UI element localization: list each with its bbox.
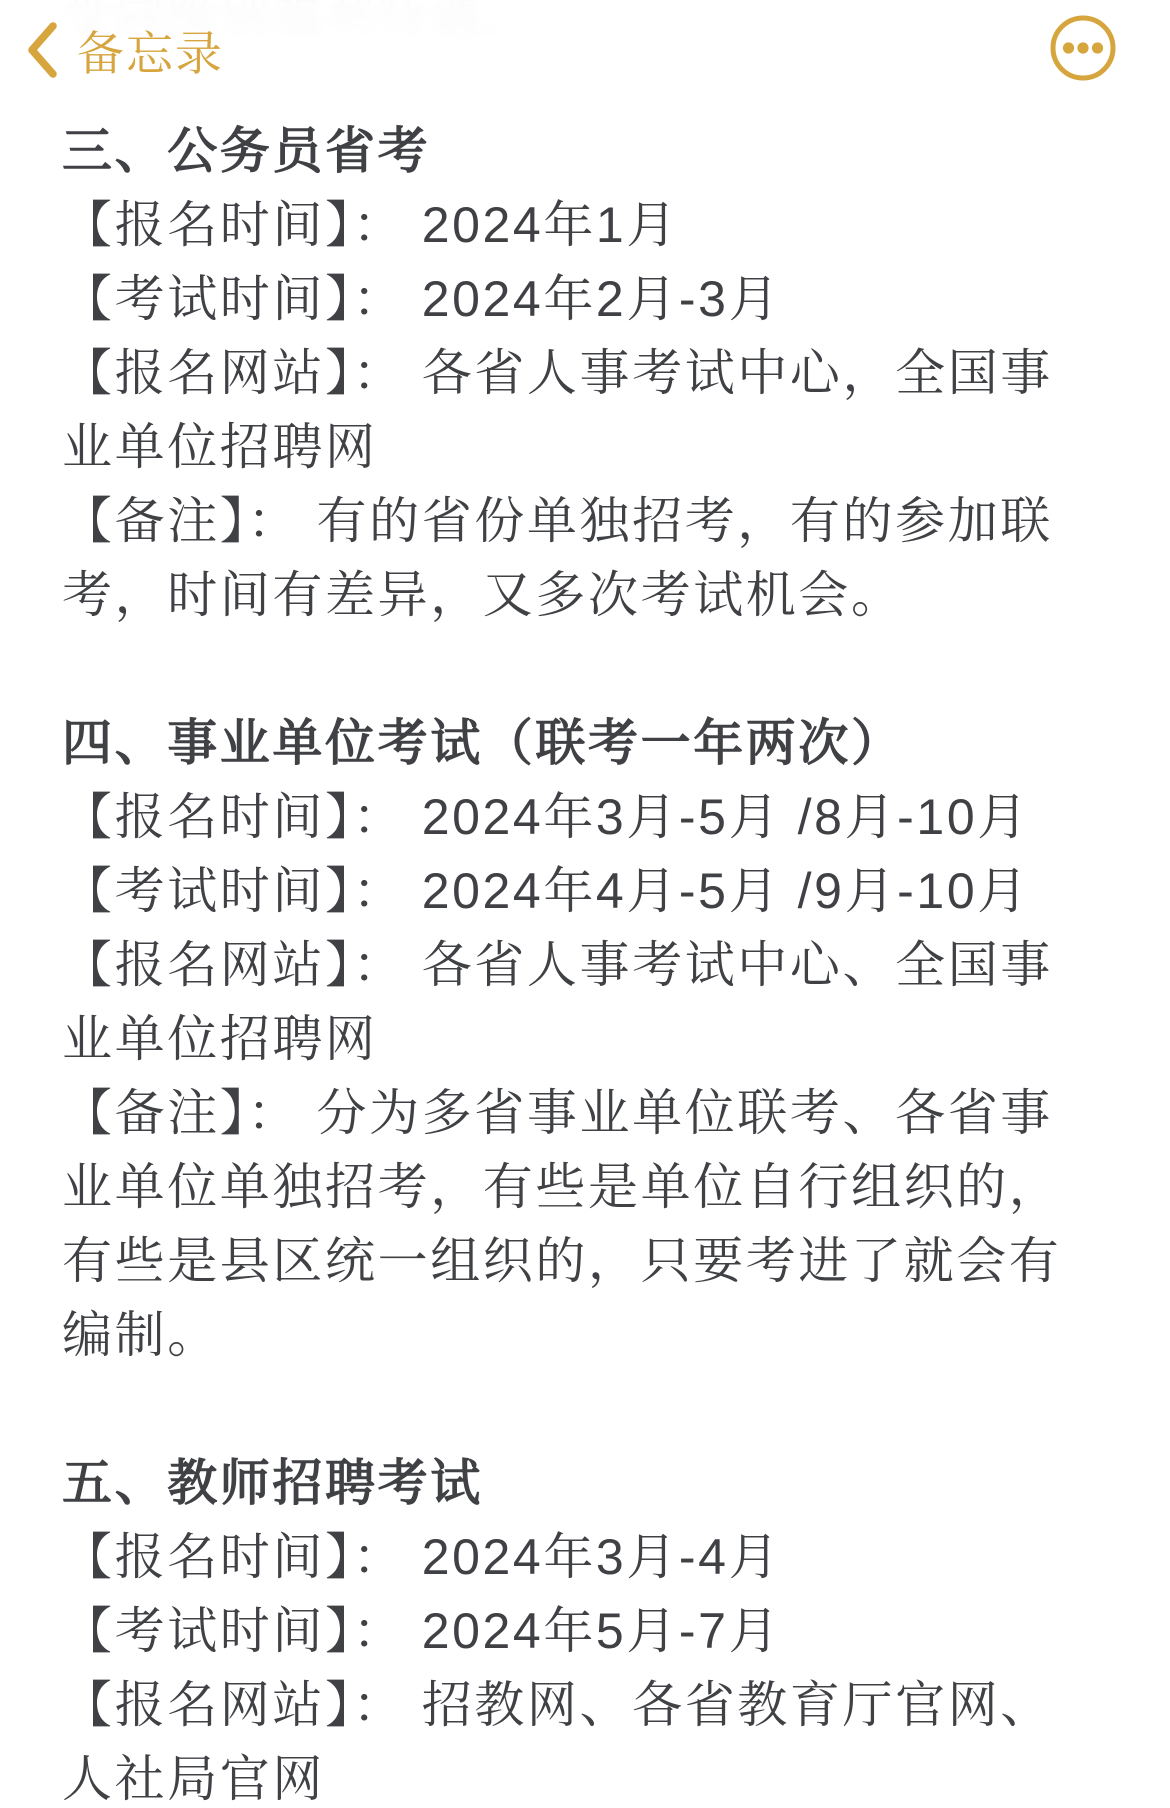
note-line: 【报名时间】： 2024年1月 <box>62 188 1130 262</box>
note-line: 业单位单独招考，有些是单位自行组织的， <box>62 1150 1130 1224</box>
note-line: 【备注】： 分为多省事业单位联考、各省事 <box>62 1076 1130 1150</box>
blank-line <box>62 1372 1130 1446</box>
note-line: 【报名时间】： 2024年3月-5月 /8月-10月 <box>62 780 1130 854</box>
note-line: 人社局官网 <box>62 1742 1130 1808</box>
nav-bar: 备忘录 <box>0 0 1170 100</box>
chevron-left-icon <box>25 22 59 78</box>
note-line: 考，时间有差异，又多次考试机会。 <box>62 558 1130 632</box>
note-content[interactable]: 三、公务员省考 【报名时间】： 2024年1月 【考试时间】： 2024年2月-… <box>62 114 1130 1808</box>
blank-line <box>62 632 1130 706</box>
note-line: 【考试时间】： 2024年4月-5月 /9月-10月 <box>62 854 1130 928</box>
notes-app-screen: 受同级别福利待遇。 备忘录 三、公务员省考 【报名时间】： <box>0 0 1170 1808</box>
note-line: 【报名网站】： 各省人事考试中心，全国事 <box>62 336 1130 410</box>
note-line: 【考试时间】： 2024年5月-7月 <box>62 1594 1130 1668</box>
note-line: 编制。 <box>62 1298 1130 1372</box>
section-heading: 五、教师招聘考试 <box>62 1446 1130 1520</box>
section-heading: 三、公务员省考 <box>62 114 1130 188</box>
note-line: 【报名网站】： 各省人事考试中心、全国事 <box>62 928 1130 1002</box>
note-line: 【备注】： 有的省份单独招考，有的参加联 <box>62 484 1130 558</box>
note-line: 业单位招聘网 <box>62 410 1130 484</box>
section-heading: 四、事业单位考试（联考一年两次） <box>62 706 1130 780</box>
back-button-label: 备忘录 <box>77 17 224 84</box>
note-line: 【报名网站】： 招教网、各省教育厅官网、 <box>62 1668 1130 1742</box>
note-line: 业单位招聘网 <box>62 1002 1130 1076</box>
note-line: 【考试时间】： 2024年2月-3月 <box>62 262 1130 336</box>
more-button[interactable] <box>1049 14 1117 87</box>
ellipsis-circle-icon <box>1049 14 1117 87</box>
note-line: 有些是县区统一组织的，只要考进了就会有 <box>62 1224 1130 1298</box>
note-line: 【报名时间】： 2024年3月-4月 <box>62 1520 1130 1594</box>
back-button[interactable]: 备忘录 <box>25 17 224 84</box>
